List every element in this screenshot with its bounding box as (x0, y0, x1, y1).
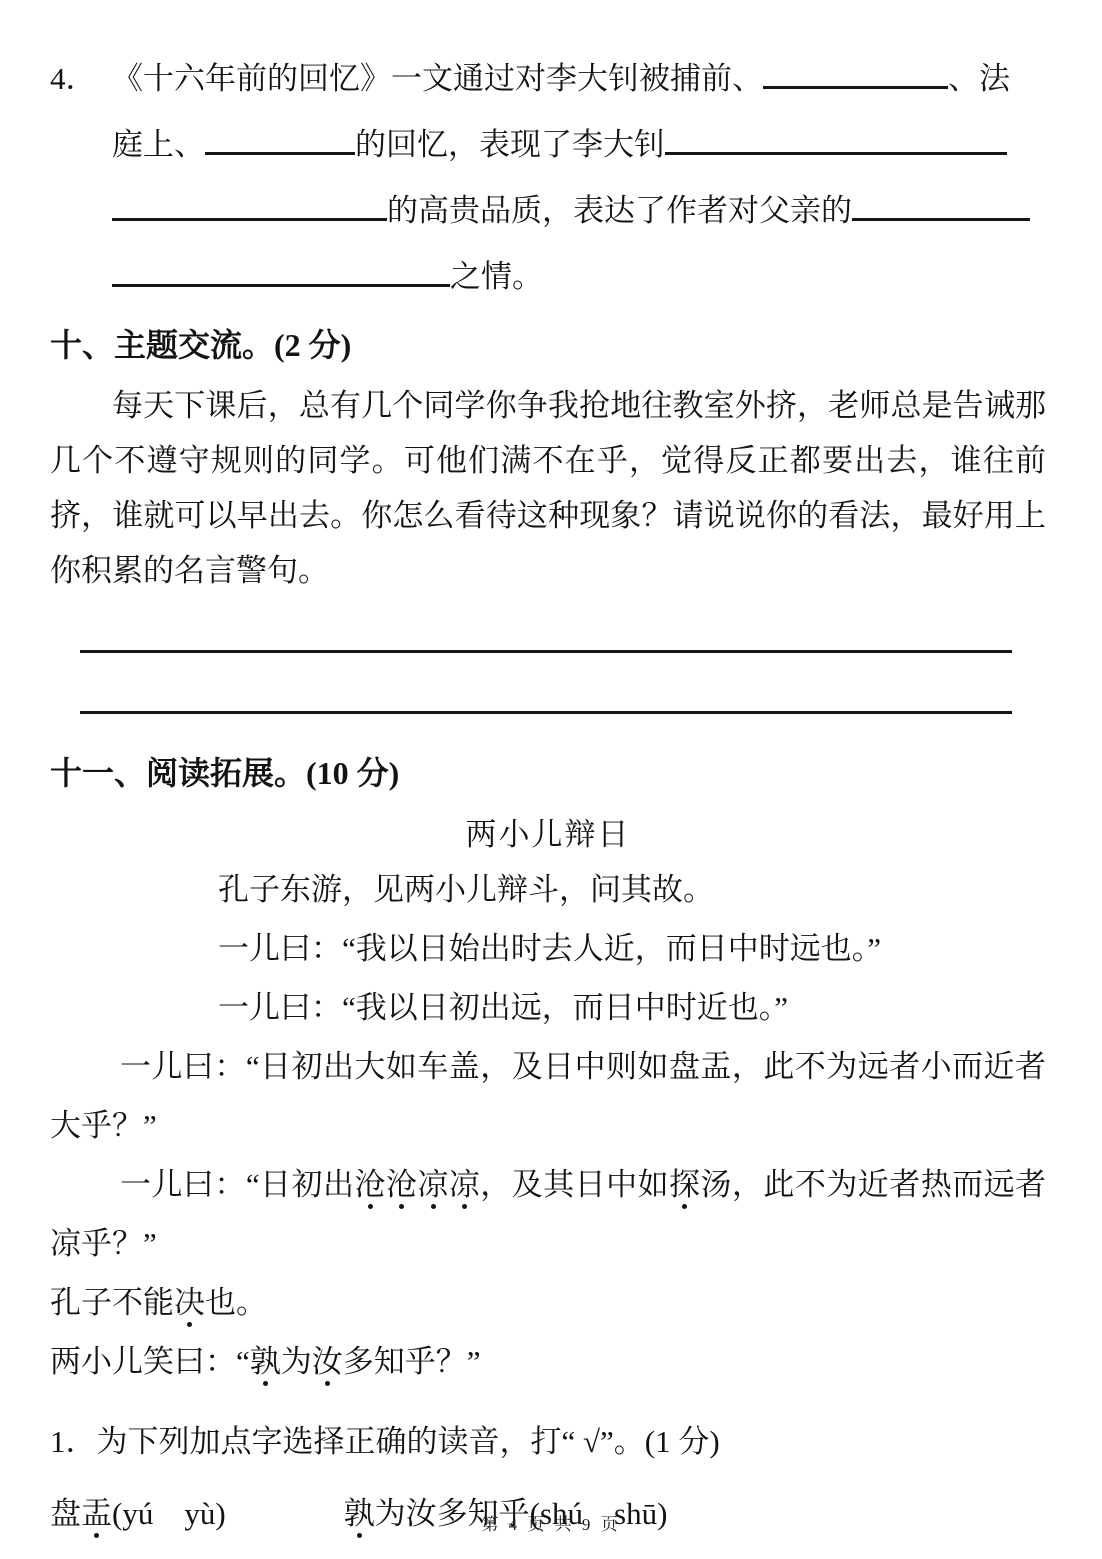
passage-paragraph: 一儿曰：“日初出大如车盖，及日中则如盘盂，此不为远者小而近者大乎？” (50, 1037, 1046, 1155)
section-ten-heading: 十、主题交流。(2 分) (50, 322, 1046, 368)
answer-line (80, 711, 1012, 714)
question-4-line-2: 庭上、的回忆，表现了李大钊 (50, 112, 1046, 178)
question-4-text-5: 的高贵品质，表达了作者对父亲的 (387, 193, 852, 228)
section-ten-prompt: 每天下课后，总有几个同学你争我抢地往教室外挤，老师总是告诫那几个不遵守规则的同学… (50, 378, 1046, 598)
fill-in-blank (112, 260, 450, 287)
exam-paper-page: { "question4": { "number": "4．", "part1"… (0, 0, 1102, 1559)
fill-in-blank (852, 194, 1030, 221)
question-4-text-3: 庭上、 (112, 127, 205, 162)
answer-line (80, 650, 1012, 653)
passage-body: 孔子东游，见两小儿辩斗，问其故。 一儿曰：“我以日始出时去人近，而日中时远也。”… (50, 860, 1046, 1391)
question-4-text-1: 《十六年前的回忆》一文通过对李大钊被捕前、 (112, 61, 763, 96)
question-4-line-3: 的高贵品质，表达了作者对父亲的 (50, 178, 1046, 244)
passage-paragraph: 一儿曰：“日初出沧沧凉凉，及其日中如探汤，此不为近者热而远者凉乎？” (50, 1155, 1046, 1273)
page-number-indicator: 第 4 页 共 9 页 (0, 1510, 1102, 1535)
passage-paragraph: 孔子不能决也。 (50, 1273, 1046, 1332)
fill-in-blank (205, 128, 355, 155)
passage-paragraph: 一儿曰：“我以日初出远，而日中时近也。” (50, 978, 1046, 1037)
fill-in-blank (665, 128, 1007, 155)
question-4-text-4: 的回忆，表现了李大钊 (355, 127, 665, 162)
question-4-line-4: 之情。 (50, 244, 1046, 310)
passage-title: 两小儿辩日 (50, 810, 1046, 860)
page-content: 4．《十六年前的回忆》一文通过对李大钊被捕前、、法 庭上、的回忆，表现了李大钊 … (0, 0, 1102, 1539)
fill-in-blank (763, 62, 948, 89)
passage-paragraph: 一儿曰：“我以日始出时去人近，而日中时远也。” (50, 919, 1046, 978)
sub-question-1: 1．为下列加点字选择正确的读音，打“ √”。(1 分) (50, 1417, 1046, 1467)
question-4-line-1: 4．《十六年前的回忆》一文通过对李大钊被捕前、、法 (50, 46, 1046, 112)
passage-paragraph: 两小儿笑曰：“孰为汝多知乎？” (50, 1332, 1046, 1391)
question-4-number: 4． (50, 46, 112, 112)
fill-in-blank (112, 194, 387, 221)
question-4-text-2: 、法 (948, 61, 1010, 96)
section-eleven-heading: 十一、阅读拓展。(10 分) (50, 750, 1046, 796)
question-4: 4．《十六年前的回忆》一文通过对李大钊被捕前、、法 庭上、的回忆，表现了李大钊 … (50, 46, 1046, 310)
passage-paragraph: 孔子东游，见两小儿辩斗，问其故。 (50, 860, 1046, 919)
question-4-text-6: 之情。 (450, 259, 543, 294)
